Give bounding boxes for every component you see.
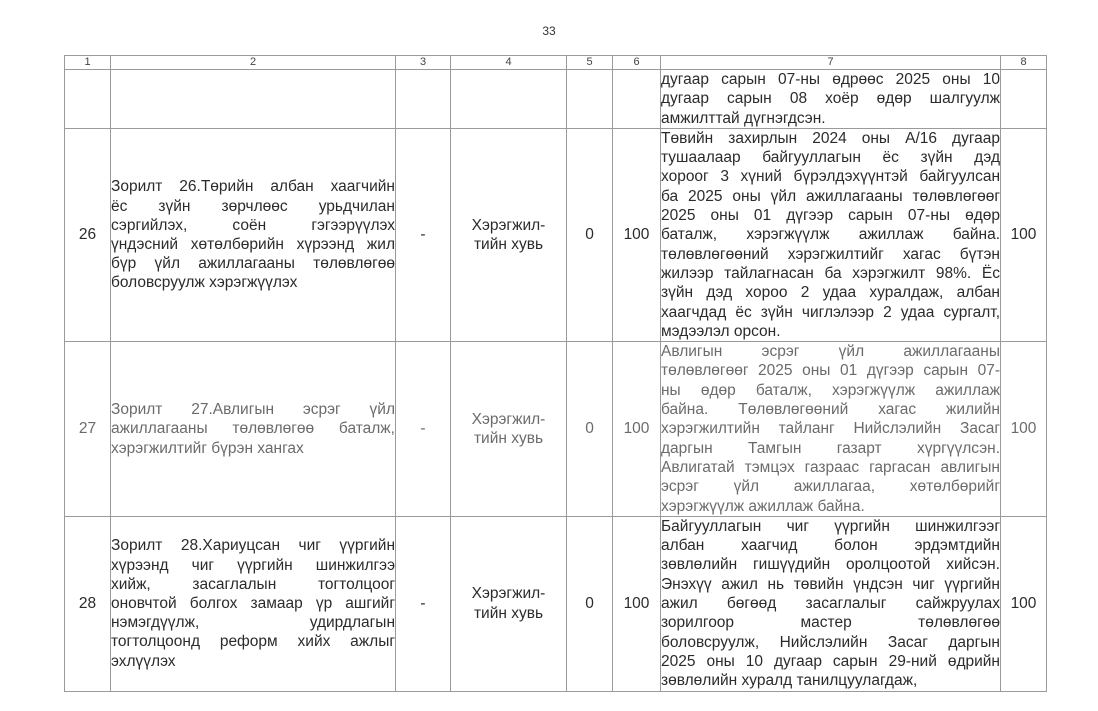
text-line: мэдээлэл орсон. [661, 322, 1000, 341]
text-line: Төвийн захирлын 2024 оны А/16 дугаар [661, 129, 1000, 148]
column-header-7: 7 [661, 56, 1001, 70]
text-line: Зорилт 27.Авлигын эсрэг үйл [111, 400, 395, 419]
text-line: сэргийлэх, соён гэгээрүүлэх [111, 216, 395, 235]
text-line: оновчтой болгох замаар үр ашгийг [111, 594, 395, 613]
progress-text: Төвийн захирлын 2024 оны А/16 дугаартуша… [661, 128, 1001, 341]
baseline-value: 0 [567, 516, 613, 691]
text-line: дугаар сарын 07-ны өдрөөс 2025 оны 10 [661, 70, 1000, 89]
target-value: 100 [613, 516, 661, 691]
text-line: төлөвлөгөөний хэрэгжилтийг хагас бүтэн [661, 245, 1000, 264]
cell-progress: дугаар сарын 07-ны өдрөөс 2025 оны 10дуг… [661, 70, 1001, 129]
text-line: тийн хувь [451, 604, 566, 623]
cell-score [1001, 70, 1047, 129]
text-line: ны өдөр баталж, хэрэгжүүлж ажиллаж [661, 381, 1000, 400]
target-value: 100 [613, 342, 661, 517]
continuation-row: дугаар сарын 07-ны өдрөөс 2025 оны 10дуг… [65, 70, 1047, 129]
text-line: байна. Төлөвлөгөөний хагас жилийн [661, 400, 1000, 419]
column-header-3: 3 [396, 56, 451, 70]
text-line: боловсруулж хэрэгжүүлэх [111, 273, 395, 292]
text-line: хэрэгжилтийг бүрэн хангах [111, 439, 395, 458]
text-line: эхлүүлэх [111, 652, 395, 671]
column-header-4: 4 [451, 56, 567, 70]
row-number: 28 [65, 516, 111, 691]
text-line: тушаалаар байгууллагын ёс зүйн дэд [661, 148, 1000, 167]
text-line: Энэхүү ажил нь төвийн үндсэн чиг үүргийн [661, 575, 1000, 594]
text-line: 2025 оны 01 дүгээр сарын 07-ны өдөр [661, 206, 1000, 225]
text-line: хэрэгжүүлж ажиллаж байна. [661, 497, 1000, 516]
text-line: амжилттай дүгнэгдсэн. [661, 109, 1000, 128]
text-line: бүр үйл ажиллагааны төлөвлөгөө [111, 254, 395, 273]
text-line: ба 2025 оны үйл ажиллагааны төлөвлөгөөг [661, 187, 1000, 206]
text-line: Авлигатай тэмцэх газраас гаргасан авлигы… [661, 458, 1000, 477]
row-number: 26 [65, 128, 111, 341]
text-line: ажиллагааны төлөвлөгөө баталж, [111, 419, 395, 438]
cell-objective [111, 70, 396, 129]
column-number-header-row: 1 2 3 4 5 6 7 8 [65, 56, 1047, 70]
column-header-5: 5 [567, 56, 613, 70]
text-line: Зорилт 28.Хариуцсан чиг үүргийн [111, 536, 395, 555]
text-line: жилээр тайлагнасан ба хэрэгжилт 98%. Ёс [661, 264, 1000, 283]
score-value: 100 [1001, 516, 1047, 691]
text-line: хаагчдад ёс зүйн чиглэлээр 2 удаа сургал… [661, 303, 1000, 322]
text-line: албан хаагчид болон эрдэмтдийн [661, 536, 1000, 555]
score-value: 100 [1001, 128, 1047, 341]
text-line: Байгууллагын чиг үүргийн шинжилгээг [661, 517, 1000, 536]
column-header-6: 6 [613, 56, 661, 70]
text-line: Авлигын эсрэг үйл ажиллагааны [661, 342, 1000, 361]
text-line: зөвлөлийн гишүүдийн оролцоотой хийсэн. [661, 555, 1000, 574]
text-line: ёс зүйн зөрчлөөс урьдчилан [111, 197, 395, 216]
indicator-text: Хэрэгжил-тийн хувь [451, 516, 567, 691]
text-line: ажил бөгөөд засаглалыг сайжруулах [661, 594, 1000, 613]
target-value: 100 [613, 128, 661, 341]
text-line: Хэрэгжил- [451, 216, 566, 235]
text-line: Хэрэгжил- [451, 410, 566, 429]
cell-baseline [567, 70, 613, 129]
text-line: тогтолцоонд реформ хийх ажлыг [111, 632, 395, 651]
indicator-text: Хэрэгжил-тийн хувь [451, 128, 567, 341]
text-line: хороог 3 хүний бүрэлдэхүүнтэй байгуулсан [661, 167, 1000, 186]
table-row: 26 Зорилт 26.Төрийн албан хаагчийнёс зүй… [65, 128, 1047, 341]
text-line: даргын Тамгын газарт хүргүүлсэн. [661, 439, 1000, 458]
baseline-value: 0 [567, 128, 613, 341]
col3-value: - [396, 128, 451, 341]
text-line: 2025 оны 10 дугаар сарын 29-ний өдрийн [661, 652, 1000, 671]
indicator-text: Хэрэгжил-тийн хувь [451, 342, 567, 517]
text-line: баталж, хэрэгжүүлж ажиллаж байна. [661, 225, 1000, 244]
text-line: тийн хувь [451, 429, 566, 448]
text-line: үндэсний хөтөлбөрийн хүрээнд жил [111, 235, 395, 254]
cell-indicator [451, 70, 567, 129]
column-header-2: 2 [111, 56, 396, 70]
goals-table: 1 2 3 4 5 6 7 8 дугаар сарын 07-ны өдрөө… [64, 55, 1047, 692]
objective-text: Зорилт 27.Авлигын эсрэг үйлажиллагааны т… [111, 342, 396, 517]
progress-text: Авлигын эсрэг үйл ажиллагаанытөлөвлөгөөг… [661, 342, 1001, 517]
cell-col3 [396, 70, 451, 129]
text-line: хэрэгжилтийн тайланг Нийслэлийн Засаг [661, 419, 1000, 438]
cell-target [613, 70, 661, 129]
text-line: хийж, засаглалын тогтолцоог [111, 575, 395, 594]
progress-text: Байгууллагын чиг үүргийн шинжилгээгалбан… [661, 516, 1001, 691]
table-row: 28 Зорилт 28.Хариуцсан чиг үүргийнхүрээн… [65, 516, 1047, 691]
col3-value: - [396, 516, 451, 691]
text-line: Хэрэгжил- [451, 584, 566, 603]
page-number: 33 [0, 24, 1098, 38]
text-line: зорилгоор мастер төлөвлөгөө [661, 613, 1000, 632]
text-line: эсрэг үйл ажиллагаа, хөтөлбөрийг [661, 477, 1000, 496]
text-line: тийн хувь [451, 235, 566, 254]
text-line: зөвлөлийн хуралд танилцуулагдаж, [661, 671, 1000, 690]
text-line: төлөвлөгөөг 2025 оны 01 дүгээр сарын 07- [661, 361, 1000, 380]
text-line: хүрээнд чиг үүргийн шинжилгээ [111, 556, 395, 575]
objective-text: Зорилт 26.Төрийн албан хаагчийнёс зүйн з… [111, 128, 396, 341]
col3-value: - [396, 342, 451, 517]
column-header-1: 1 [65, 56, 111, 70]
text-line: дугаар сарын 08 хоёр өдөр шалгуулж [661, 89, 1000, 108]
score-value: 100 [1001, 342, 1047, 517]
row-number: 27 [65, 342, 111, 517]
text-line: нэмэгдүүлж, удирдлагын [111, 613, 395, 632]
text-line: боловсруулж, Нийслэлийн Засаг даргын [661, 633, 1000, 652]
text-line: зүйн дэд хороо 2 удаа хуралдаж, албан [661, 283, 1000, 302]
baseline-value: 0 [567, 342, 613, 517]
column-header-8: 8 [1001, 56, 1047, 70]
objective-text: Зорилт 28.Хариуцсан чиг үүргийнхүрээнд ч… [111, 516, 396, 691]
cell-number [65, 70, 111, 129]
text-line: Зорилт 26.Төрийн албан хаагчийн [111, 177, 395, 196]
table-row: 27 Зорилт 27.Авлигын эсрэг үйлажиллагаан… [65, 342, 1047, 517]
